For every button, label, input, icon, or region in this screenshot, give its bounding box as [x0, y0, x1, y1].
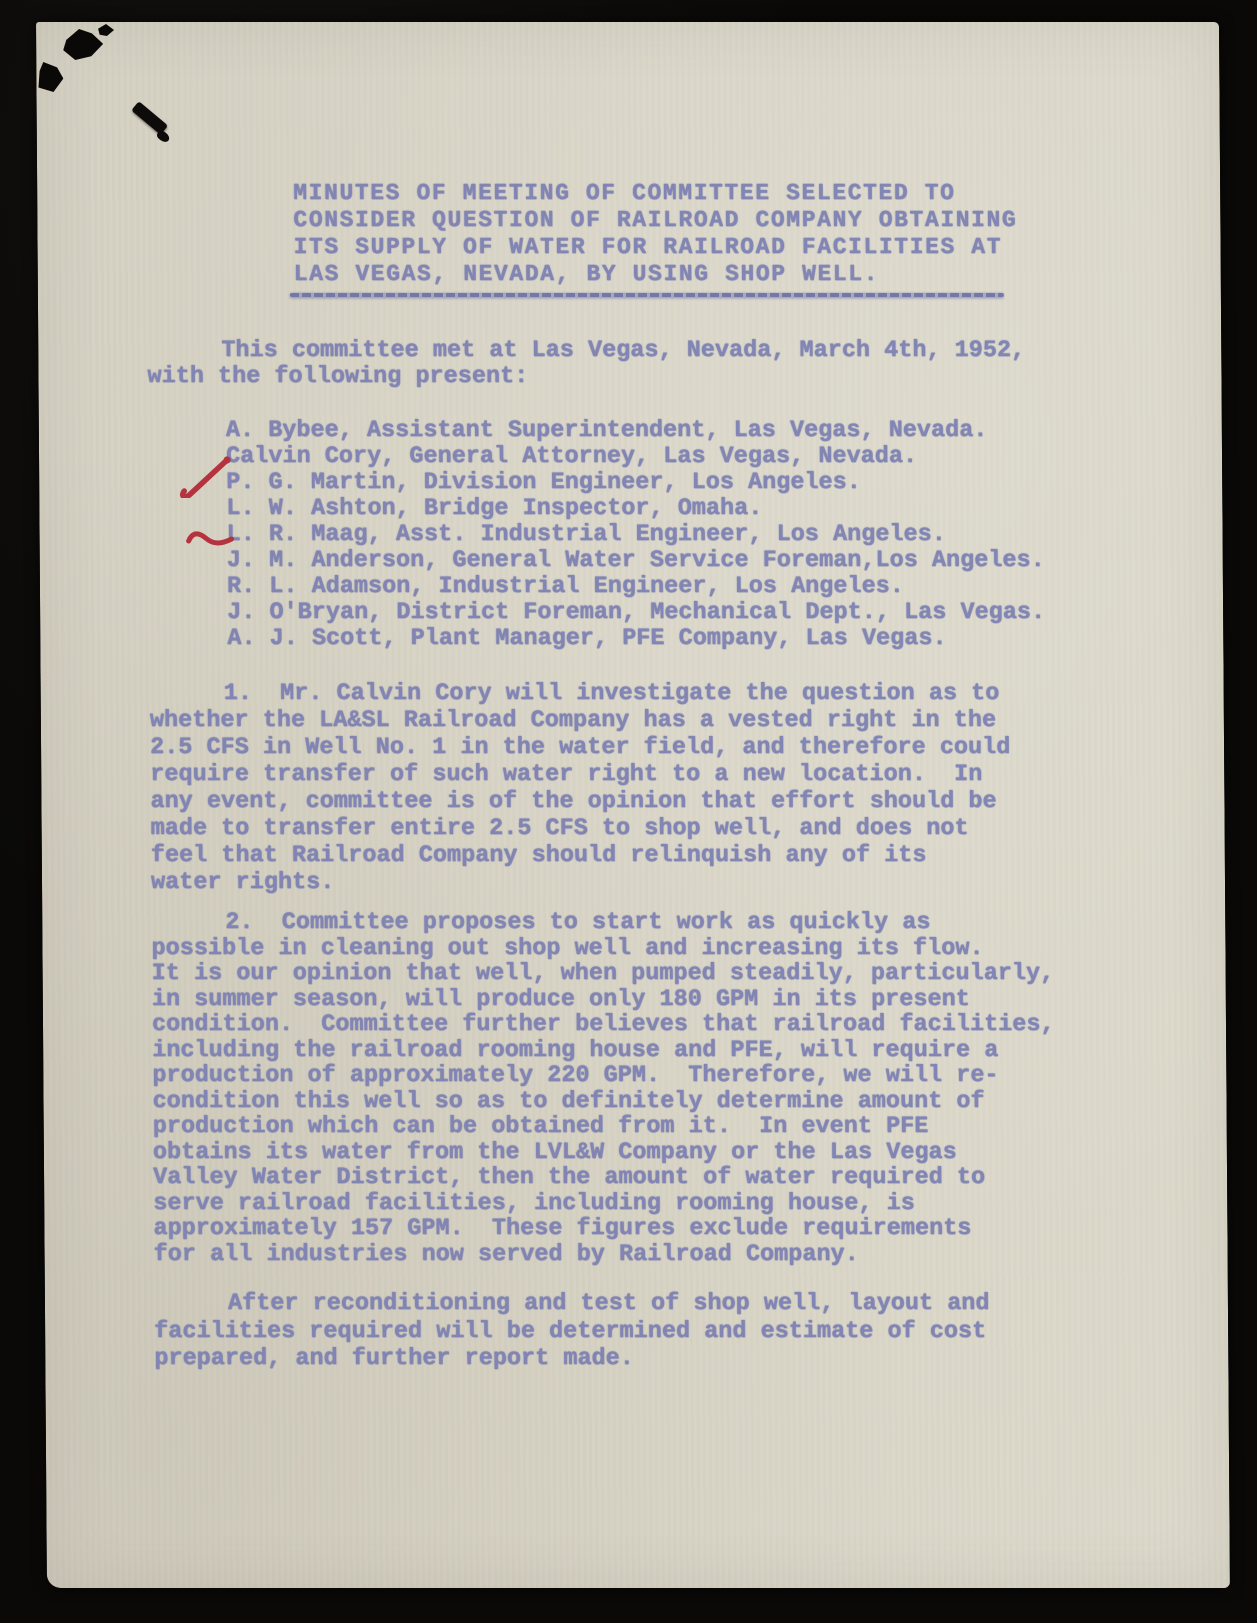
title-line: ITS SUPPLY OF WATER FOR RAILROAD FACILIT… — [293, 234, 1017, 261]
torn-corner-patch — [63, 29, 103, 60]
attendee-row: L. W. Ashton, Bridge Inspector, Omaha. — [226, 496, 1044, 522]
text-line: in summer season, will produce only 180 … — [152, 987, 1055, 1013]
torn-corner-patch — [98, 24, 114, 36]
text-line: facilities required will be determined a… — [154, 1318, 990, 1346]
torn-corner-patch — [38, 62, 63, 92]
staple-hole — [155, 129, 171, 144]
text-line: This committee met at Las Vegas, Nevada,… — [147, 338, 1025, 364]
text-line: prepared, and further report made. — [154, 1345, 990, 1373]
text-line: condition. Committee further believes th… — [152, 1012, 1055, 1038]
paragraph-2: 2. Committee proposes to start work as q… — [151, 910, 1056, 1267]
attendee-row: Calvin Cory, General Attorney, Las Vegas… — [226, 444, 1044, 470]
title-line: LAS VEGAS, NEVADA, BY USING SHOP WELL. — [294, 261, 1018, 288]
text-line: made to transfer entire 2.5 CFS to shop … — [151, 815, 1011, 842]
title-underline — [290, 293, 1004, 297]
scanner-background: MINUTES OF MEETING OF COMMITTEE SELECTED… — [0, 0, 1257, 1623]
red-checkmark-annotation — [186, 528, 236, 550]
text-line: 2.5 CFS in Well No. 1 in the water field… — [150, 734, 1010, 761]
title-line: CONSIDER QUESTION OF RAILROAD COMPANY OB… — [293, 207, 1017, 234]
text-line: approximately 157 GPM. These figures exc… — [153, 1216, 1056, 1242]
text-line: for all industries now served by Railroa… — [154, 1242, 1057, 1268]
paragraph-1: 1. Mr. Calvin Cory will investigate the … — [150, 680, 1012, 896]
attendee-row: A. J. Scott, Plant Manager, PFE Company,… — [227, 626, 1045, 652]
text-line: condition this well so as to definitely … — [152, 1089, 1055, 1115]
text-line: obtains its water from the LVL&W Company… — [153, 1140, 1056, 1166]
intro-paragraph: This committee met at Las Vegas, Nevada,… — [147, 338, 1025, 390]
title-line: MINUTES OF MEETING OF COMMITTEE SELECTED… — [293, 180, 1017, 207]
attendee-row: A. Bybee, Assistant Superintendent, Las … — [226, 418, 1044, 444]
text-line: Valley Water District, then the amount o… — [153, 1165, 1056, 1191]
text-line: with the following present: — [147, 364, 1025, 390]
document-page: MINUTES OF MEETING OF COMMITTEE SELECTED… — [36, 22, 1230, 1588]
text-line: require transfer of such water right to … — [150, 761, 1010, 788]
text-line: serve railroad facilities, including roo… — [153, 1191, 1056, 1217]
attendee-row: R. L. Adamson, Industrial Engineer, Los … — [227, 574, 1045, 600]
document-title: MINUTES OF MEETING OF COMMITTEE SELECTED… — [293, 180, 1018, 288]
attendee-row: J. O'Bryan, District Foreman, Mechanical… — [227, 600, 1045, 626]
text-line: possible in cleaning out shop well and i… — [151, 936, 1054, 962]
text-line: production of approximately 220 GPM. The… — [152, 1063, 1055, 1089]
red-checkmark-annotation — [177, 452, 237, 498]
closing-paragraph: After reconditioning and test of shop we… — [154, 1290, 990, 1373]
text-line: water rights. — [151, 869, 1011, 896]
text-line: feel that Railroad Company should relinq… — [151, 842, 1011, 869]
text-line: 2. Committee proposes to start work as q… — [151, 910, 1054, 936]
text-line: whether the LA&SL Railroad Company has a… — [150, 707, 1010, 734]
text-line: 1. Mr. Calvin Cory will investigate the … — [150, 680, 1010, 707]
text-line: After reconditioning and test of shop we… — [154, 1290, 990, 1318]
attendee-row: L. R. Maag, Asst. Industrial Engineer, L… — [226, 522, 1044, 548]
attendee-list: A. Bybee, Assistant Superintendent, Las … — [226, 418, 1046, 652]
attendee-row: J. M. Anderson, General Water Service Fo… — [227, 548, 1045, 574]
text-line: any event, committee is of the opinion t… — [150, 788, 1010, 815]
text-line: including the railroad rooming house and… — [152, 1038, 1055, 1064]
text-line: production which can be obtained from it… — [153, 1114, 1056, 1140]
text-line: It is our opinion that well, when pumped… — [152, 961, 1055, 987]
attendee-row: P. G. Martin, Division Engineer, Los Ang… — [226, 470, 1044, 496]
